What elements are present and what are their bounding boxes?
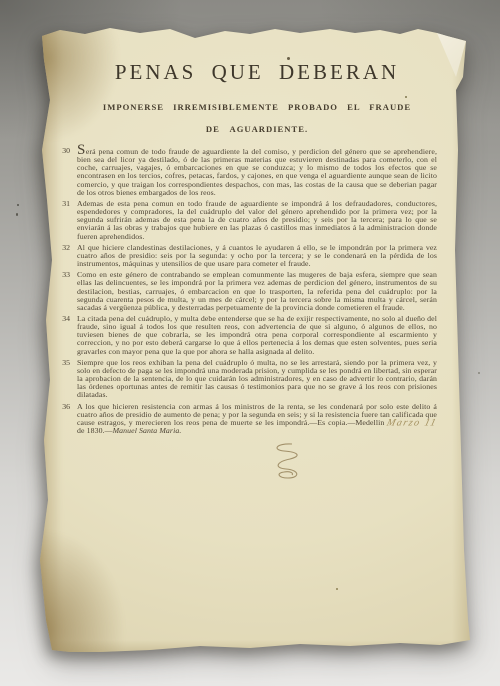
article-text: A los que hicieren resistencia con armas… — [77, 403, 437, 436]
document-subtitle-line-2: DE AGUARDIENTE. — [77, 124, 437, 134]
document-content: PENAS QUE DEBERAN IMPONERSE IRREMISIBLEM… — [36, 26, 470, 656]
article-list: 30 Será pena comun de todo fraude de agu… — [50, 147, 437, 400]
article-text: La citada pena del cuádruplo, y multa de… — [77, 315, 437, 356]
article-row: 32 Al que hiciere clandestinas destilaci… — [50, 244, 437, 268]
printed-date: de 1830.— — [77, 426, 113, 435]
article-number: 30 — [50, 147, 70, 197]
article-number: 31 — [50, 200, 70, 241]
article-number: 35 — [50, 359, 70, 400]
background-speck — [478, 372, 480, 374]
background-speck — [16, 213, 18, 216]
article-number: 34 — [50, 315, 70, 356]
background-speck — [17, 204, 19, 206]
article-36-body: A los que hicieren resistencia con armas… — [77, 402, 437, 427]
article-row: 35 Siempre que los reos exhiban la pena … — [50, 359, 437, 400]
article-text: Ademas de esta pena comun en todo fraude… — [77, 200, 437, 241]
paper-sheet: PENAS QUE DEBERAN IMPONERSE IRREMISIBLEM… — [36, 26, 470, 656]
article-text: Al que hiciere clandestinas destilacione… — [77, 244, 437, 268]
article-row: 30 Será pena comun de todo fraude de agu… — [50, 147, 437, 197]
article-number: 36 — [50, 403, 70, 436]
article-row: 31 Ademas de esta pena comun en todo fra… — [50, 200, 437, 241]
article-text: Como en este género de contrabando se em… — [77, 271, 437, 312]
photo-of-document: PENAS QUE DEBERAN IMPONERSE IRREMISIBLEM… — [0, 0, 500, 686]
paper-surface: PENAS QUE DEBERAN IMPONERSE IRREMISIBLEM… — [36, 26, 470, 656]
handwritten-date: Marzo 11 — [386, 419, 438, 427]
article-text: Siempre que los reos exhiban la pena del… — [77, 359, 437, 400]
article-row: 33 Como en este género de contrabando se… — [50, 271, 437, 312]
signature-name: Manuel Santa Maria. — [113, 426, 182, 435]
document-subtitle-line-1: IMPONERSE IRREMISIBLEMENTE PROBADO EL FR… — [77, 102, 437, 112]
document-title: PENAS QUE DEBERAN — [77, 60, 437, 85]
article-row-36: 36 A los que hicieren resistencia con ar… — [50, 403, 437, 436]
article-number: 32 — [50, 244, 70, 268]
rubric-flourish-icon — [262, 442, 310, 484]
article-row: 34 La citada pena del cuádruplo, y multa… — [50, 315, 437, 356]
article-text: Será pena comun de todo fraude de aguard… — [77, 147, 437, 197]
article-number: 33 — [50, 271, 70, 312]
